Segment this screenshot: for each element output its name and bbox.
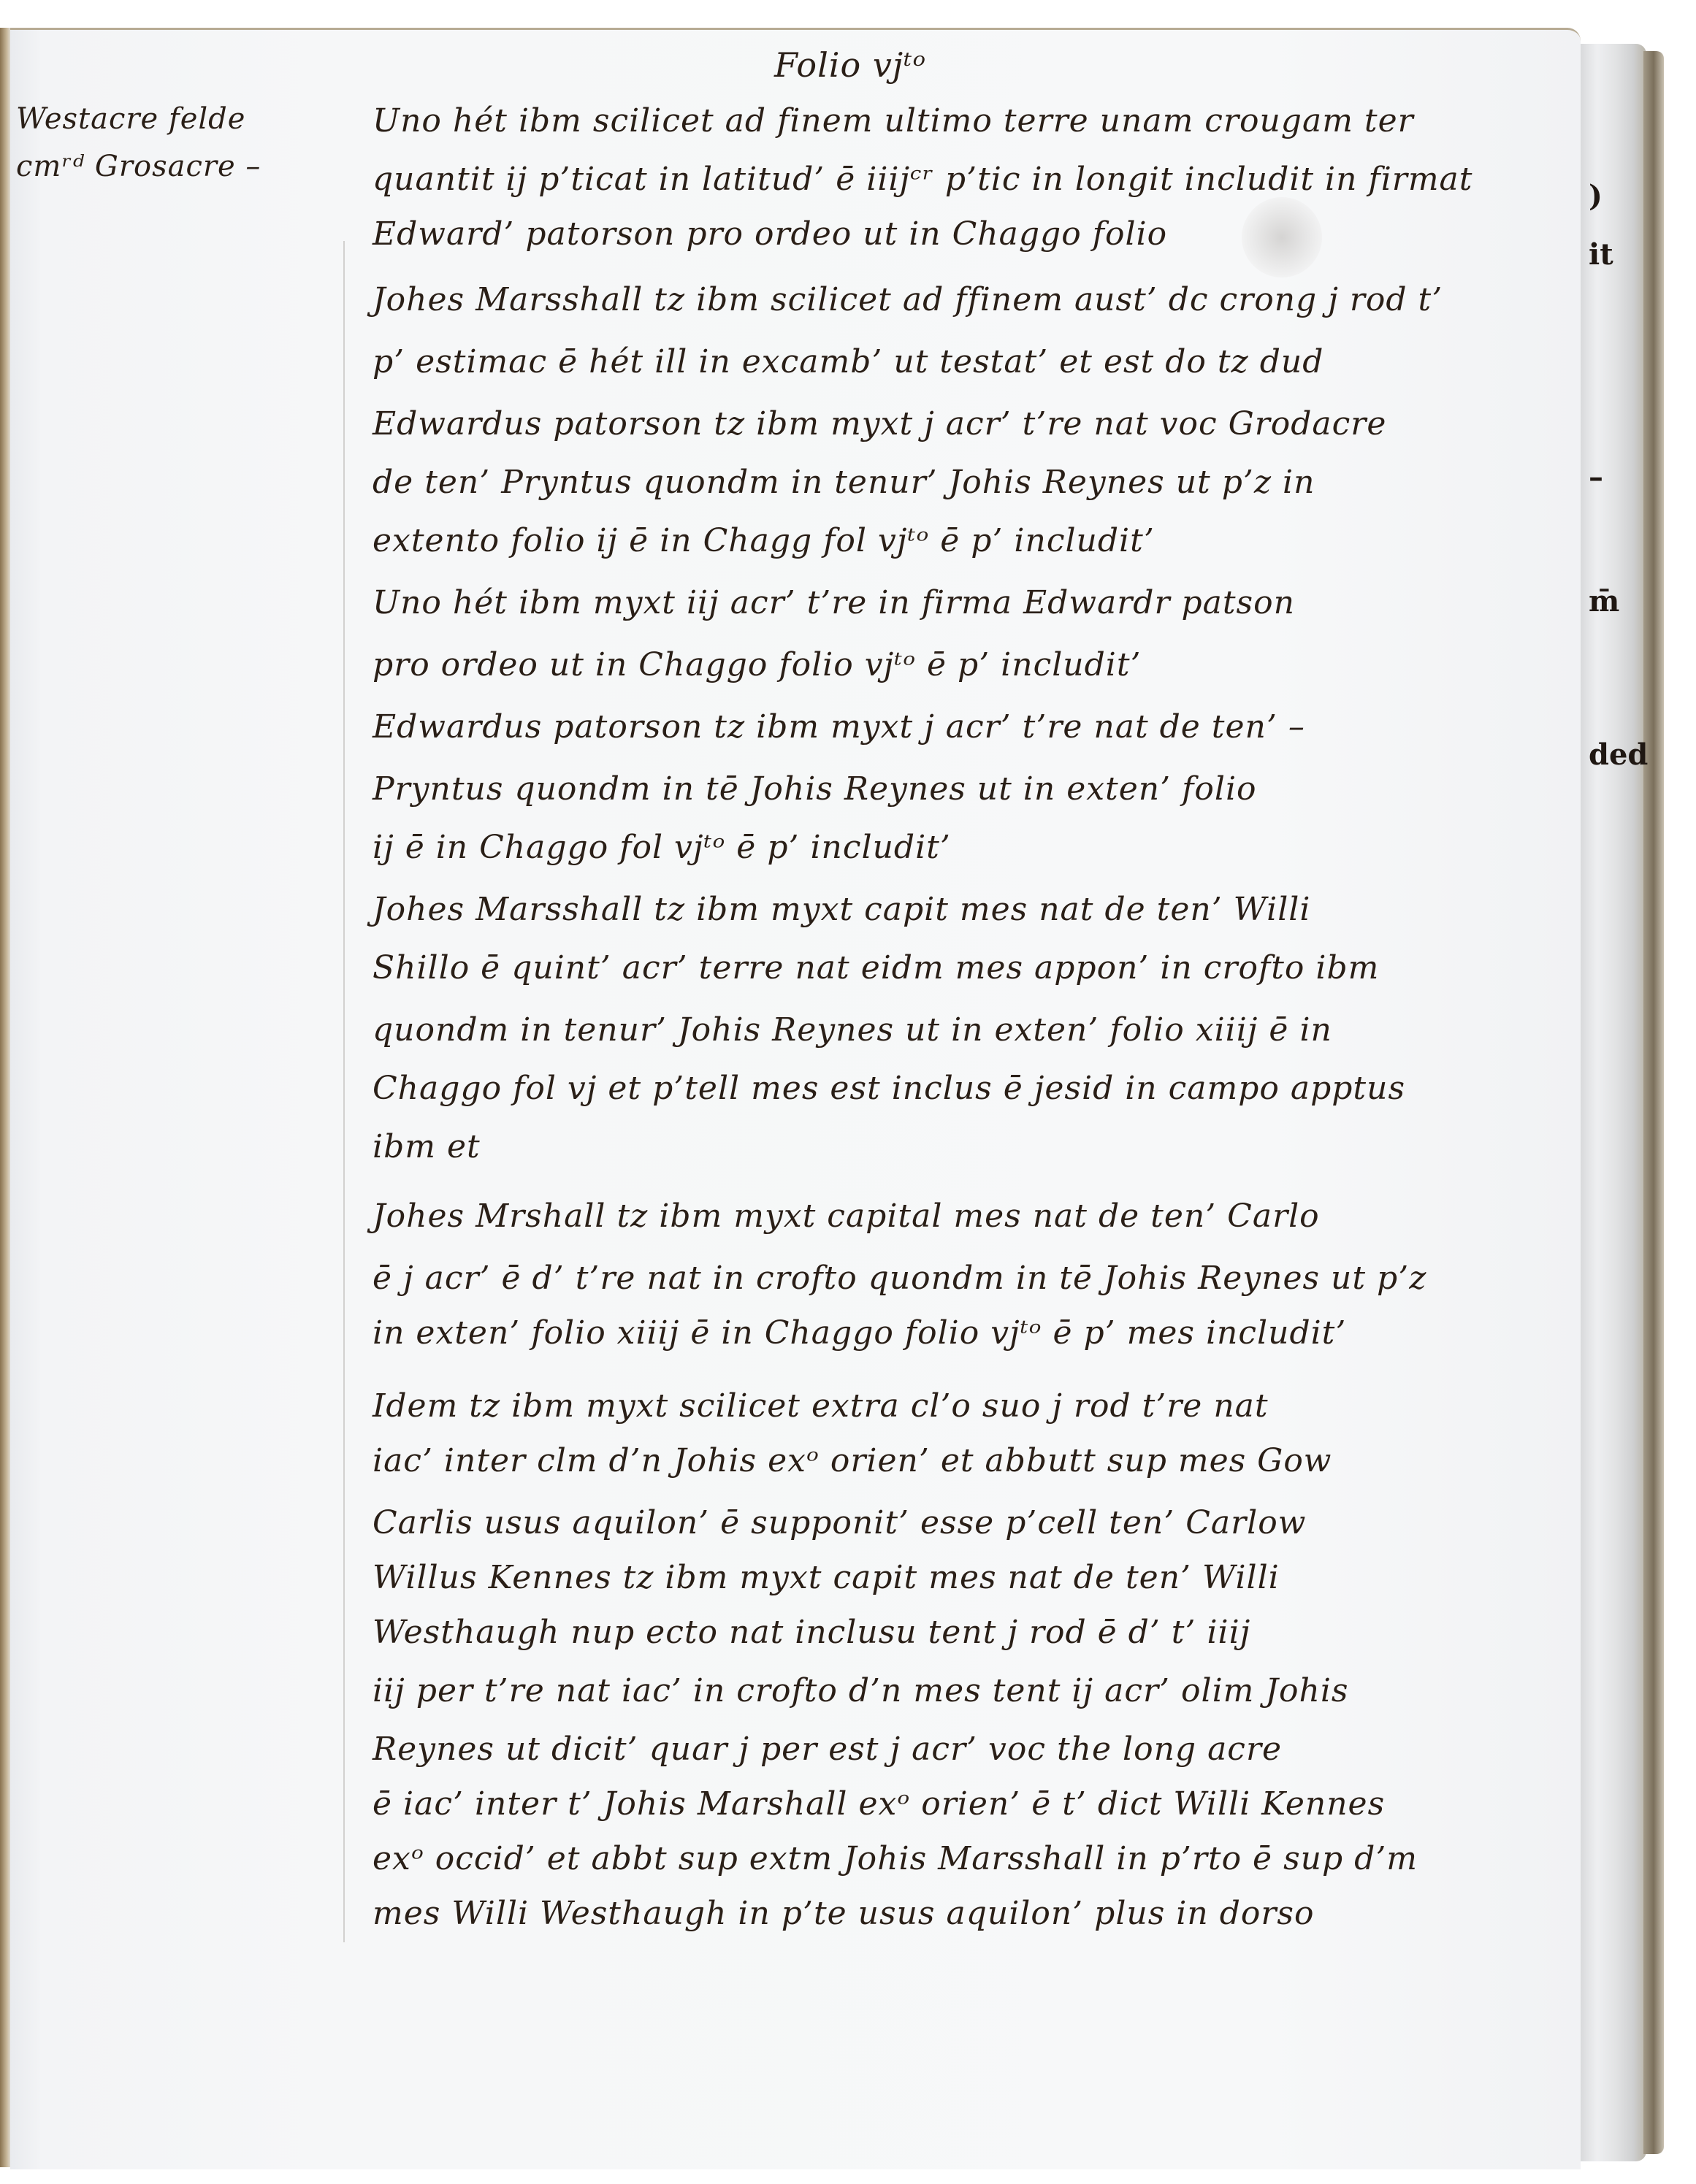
text-line: pro ordeo ut in Chaggo folio vjᵗᵒ ē p’ i… xyxy=(373,646,1142,683)
text-line: extento folio ij ē in Chagg fol vjᵗᵒ ē p… xyxy=(373,522,1155,559)
text-line: ē iac’ inter t’ Johis Marshall exᵒ orien… xyxy=(373,1785,1385,1823)
text-line: Edwardus patorson tz ibm myxt j acr’ t’r… xyxy=(373,405,1386,442)
ruled-margin-line xyxy=(343,241,345,1942)
edge-mark: – xyxy=(1589,460,1603,494)
text-line: ibm et xyxy=(373,1128,481,1165)
text-line: mes Willi Westhaugh in p’te usus aquilon… xyxy=(373,1895,1314,1932)
page-fore-edge xyxy=(1581,44,1646,2161)
text-line: Shillo ē quint’ acr’ terre nat eidm mes … xyxy=(373,949,1379,986)
margin-note: cmʳᵈ Grosacre – xyxy=(16,150,261,183)
ink-stain xyxy=(1242,197,1322,277)
text-line: iij per t’re nat iac’ in crofto d’n mes … xyxy=(373,1672,1348,1709)
folio-header: Folio vjᵗᵒ xyxy=(774,45,926,85)
text-line: ij ē in Chaggo fol vjᵗᵒ ē p’ includit’ xyxy=(373,829,951,866)
text-line: de ten’ Pryntus quondm in tenur’ Johis R… xyxy=(373,464,1315,501)
text-line: Westhaugh nup ecto nat inclusu tent j ro… xyxy=(373,1614,1250,1651)
text-line: exᵒ occid’ et abbt sup extm Johis Marssh… xyxy=(373,1840,1418,1877)
text-line: Idem tz ibm myxt scilicet extra cl’o suo… xyxy=(373,1387,1269,1425)
text-line: quantit ij p’ticat in latitud’ ē iiijᶜʳ … xyxy=(373,161,1472,198)
edge-mark: it xyxy=(1589,237,1613,272)
text-line: Willus Kennes tz ibm myxt capit mes nat … xyxy=(373,1559,1280,1596)
edge-mark: ded xyxy=(1589,737,1648,772)
text-line: Johes Marsshall tz ibm scilicet ad ffine… xyxy=(373,281,1443,318)
text-line: Uno hét ibm scilicet ad finem ultimo ter… xyxy=(373,102,1414,139)
text-line: Johes Marsshall tz ibm myxt capit mes na… xyxy=(373,891,1310,928)
text-line: Carlis usus aquilon’ ē supponit’ esse p’… xyxy=(373,1504,1306,1541)
text-line: Chaggo fol vj et p’tell mes est inclus ē… xyxy=(373,1070,1405,1107)
binding-cover-edge xyxy=(1643,51,1664,2154)
text-line: Edwardus patorson tz ibm myxt j acr’ t’r… xyxy=(373,708,1305,746)
text-line: in exten’ folio xiiij ē in Chaggo folio … xyxy=(373,1314,1346,1352)
text-line: ē j acr’ ē d’ t’re nat in crofto quondm … xyxy=(373,1260,1426,1297)
text-line: iac’ inter clm d’n Johis exᵒ orien’ et a… xyxy=(373,1442,1332,1479)
text-line: Reynes ut dicit’ quar j per est j acr’ v… xyxy=(373,1731,1282,1768)
text-line: Pryntus quondm in tē Johis Reynes ut in… xyxy=(373,770,1257,808)
margin-note: Westacre felde xyxy=(16,102,245,136)
edge-mark: ) xyxy=(1589,179,1603,213)
text-line: p’ estimac ē hét ill in excamb’ ut testa… xyxy=(373,343,1323,380)
text-line: quondm in tenur’ Johis Reynes ut in exte… xyxy=(373,1011,1332,1049)
text-line: Edward’ patorson pro ordeo ut in Chaggo … xyxy=(373,215,1167,253)
manuscript-scan: Folio vjᵗᵒ Westacre felde cmʳᵈ Grosacre … xyxy=(0,0,1696,2184)
text-line: Uno hét ibm myxt iij acr’ t’re in firma … xyxy=(373,584,1295,621)
edge-mark: m̄ xyxy=(1589,584,1619,618)
text-line: Johes Mrshall tz ibm myxt capital mes na… xyxy=(373,1198,1320,1235)
